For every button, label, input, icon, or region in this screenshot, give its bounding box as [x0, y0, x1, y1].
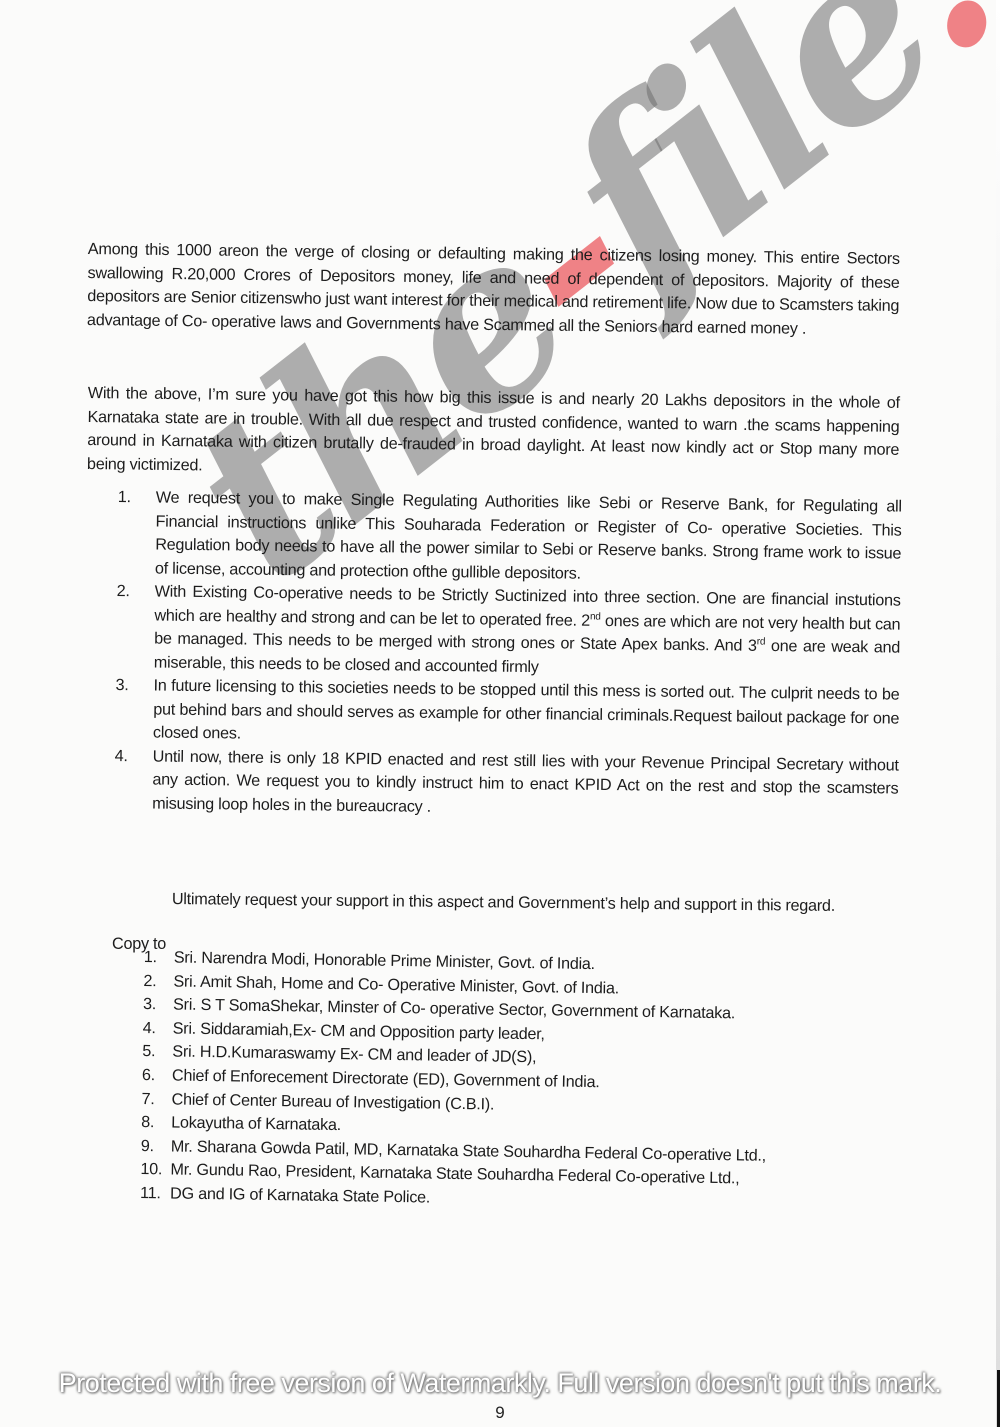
page-number: 9 — [0, 1403, 1000, 1423]
list-number: 3. — [143, 993, 156, 1017]
list-number: 7. — [141, 1088, 154, 1112]
recipient-text: Sri. Amit Shah, Home and Co- Operative M… — [173, 972, 619, 997]
recipient-text: Lokayutha of Karnataka. — [171, 1114, 341, 1135]
list-number: 3. — [115, 674, 128, 698]
request-text: We request you to make Single Regulating… — [155, 488, 902, 582]
list-number: 10. — [140, 1158, 162, 1182]
paragraph-issue-scale: With the above, I’m sure you have got th… — [87, 382, 900, 486]
recipient-text: Sri. H.D.Kumaraswamy Ex- CM and leader o… — [172, 1043, 536, 1067]
request-text: In future licensing to this societies ne… — [153, 676, 900, 742]
closing-statement: Ultimately request your support in this … — [172, 888, 890, 919]
recipient-text: Sri. Siddaramiah,Ex- CM and Opposition p… — [173, 1019, 545, 1043]
list-number: 4. — [143, 1017, 156, 1041]
list-number: 2. — [143, 970, 156, 994]
list-number: 2. — [117, 580, 130, 604]
list-number: 1. — [118, 486, 131, 510]
recipient-text: DG and IG of Karnataka State Police. — [170, 1184, 430, 1206]
request-item: 1. We request you to make Single Regulat… — [117, 486, 902, 590]
scanned-document-page: the-file. Among this 1000 areon the verg… — [0, 0, 1000, 1427]
scan-edge-shadow — [996, 0, 1000, 1427]
copy-to-list: 1.Sri. Narendra Modi, Honorable Prime Mi… — [140, 946, 844, 1216]
list-number: 9. — [141, 1135, 154, 1159]
list-number: 4. — [115, 744, 128, 768]
list-number: 5. — [142, 1040, 155, 1064]
list-number: 11. — [140, 1182, 161, 1206]
list-number: 1. — [144, 946, 157, 970]
requests-list: 1. We request you to make Single Regulat… — [114, 486, 902, 825]
ordinal-suffix: nd — [590, 611, 601, 622]
list-number: 6. — [142, 1064, 155, 1088]
watermarkly-notice: Protected with free version of Watermark… — [0, 1368, 1000, 1399]
list-number: 8. — [141, 1111, 154, 1135]
request-item: 4. Until now, there is only 18 KPID enac… — [114, 744, 899, 824]
paragraph-depositors-loss: Among this 1000 areon the verge of closi… — [87, 238, 900, 342]
request-text: Until now, there is only 18 KPID enacted… — [152, 747, 899, 815]
recipient-text: Chief of Enforecement Directorate (ED), … — [172, 1066, 600, 1091]
recipient-text: Chief of Center Bureau of Investigation … — [171, 1090, 494, 1113]
watermark-dot: . — [814, 0, 1000, 106]
request-item: 2. With Existing Co-operative needs to b… — [116, 580, 901, 684]
request-item: 3. In future licensing to this societies… — [115, 674, 900, 754]
ordinal-suffix: rd — [757, 636, 766, 647]
recipient-text: Sri. Narendra Modi, Honorable Prime Mini… — [174, 948, 595, 973]
